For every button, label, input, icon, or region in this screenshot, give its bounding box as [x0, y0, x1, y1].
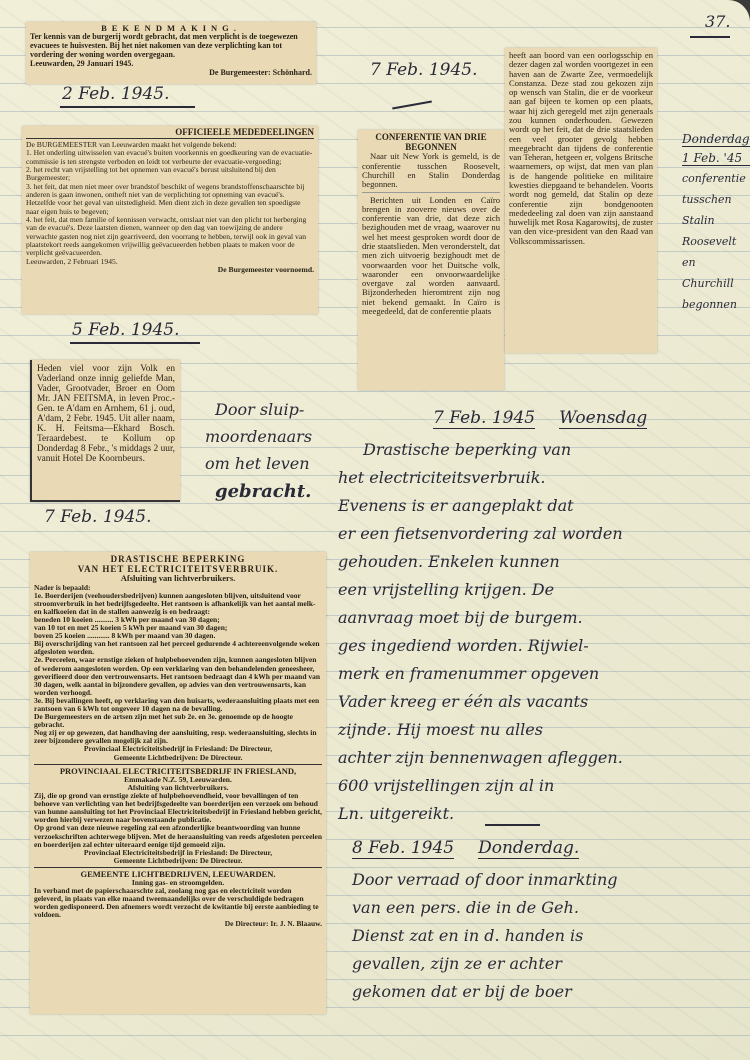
entry-line: een vrijstelling krijgen. De	[338, 576, 748, 604]
entry-line: gevallen, zijn ze er achter	[352, 950, 748, 978]
clipping-body: heeft aan boord van een oorlogsschip en …	[509, 51, 653, 246]
clipping-signature: Gemeente Lichtbedrijven: De Directeur.	[34, 754, 322, 765]
date-underline	[392, 101, 432, 109]
handwritten-date-7feb: 7 Feb. 1945.	[44, 507, 152, 527]
date-underline	[60, 106, 195, 108]
handwritten-date-7feb-top: 7 Feb. 1945.	[370, 60, 478, 80]
margin-line: Donderdag	[682, 132, 750, 147]
margin-line: tusschen	[682, 193, 750, 206]
margin-line: Roosevelt	[682, 235, 750, 248]
entry-line: gehouden. Enkelen kunnen	[338, 548, 748, 576]
clipping-body: Heden viel voor zijn Volk en Vaderland o…	[37, 364, 175, 464]
margin-line: begonnen	[682, 298, 750, 311]
entry-line: ges ingediend worden. Rijwiel-	[338, 632, 748, 660]
entry-line: Dienst zat en in d. handen is	[352, 922, 748, 950]
clipping-item: 2. het recht van vrijstelling tot het op…	[26, 166, 314, 183]
clipping-title: CONFERENTIE VAN DRIE BEGONNEN	[362, 133, 500, 152]
clipping-paragraph: Nog zij er op gewezen, dat handhaving de…	[34, 729, 322, 745]
clipping-bekendmaking: BEKENDMAKING. Ter kennis van de burgerij…	[26, 22, 316, 84]
entry-line: Vader kreeg er één als vacants	[338, 688, 748, 716]
entry-line: zijnde. Hij moest nu alles	[338, 716, 748, 744]
clipping-body: Ter kennis van de burgerij wordt gebrach…	[30, 33, 312, 59]
entry-heading: 7 Feb. 1945 Woensdag	[433, 408, 748, 436]
entry-line: merk en framenummer opgeven	[338, 660, 748, 688]
note-line: gebracht.	[215, 481, 312, 502]
entry-line: het electriciteitsverbruik.	[338, 464, 748, 492]
note-line: om het leven	[205, 454, 312, 473]
handwritten-date-5feb: 5 Feb. 1945.	[72, 320, 180, 340]
entry-date: 8 Feb. 1945	[352, 838, 454, 859]
date-underline	[70, 342, 200, 344]
margin-line: conferentie	[682, 172, 750, 185]
diary-entry-7feb: 7 Feb. 1945 Woensdag Drastische beperkin…	[338, 408, 748, 828]
entry-line: Ln. uitgereikt.	[338, 800, 748, 828]
entry-line: 600 vrijstellingen zijn al in	[338, 772, 748, 800]
clipping-paragraph: De Burgemeesters en de artsen zijn met h…	[34, 713, 322, 729]
entry-line: Drastische beperking van	[363, 436, 748, 464]
clipping-signature: De Directeur: Ir. J. N. Blaauw.	[34, 920, 322, 928]
entry-weekday: Donderdag.	[478, 838, 579, 859]
diary-entry-8feb: 8 Feb. 1945 Donderdag. Door verraad of d…	[352, 838, 748, 1006]
entry-heading: 8 Feb. 1945 Donderdag.	[352, 838, 748, 866]
note-line: moordenaars	[205, 427, 312, 446]
handwritten-note-sluipmoord: Door sluip- moordenaars om het leven geb…	[215, 400, 312, 502]
margin-line: Stalin	[682, 214, 750, 227]
clipping-paragraph: 2e. Perceelen, waar ernstige zieken of h…	[34, 656, 322, 696]
clipping-officieele-mededeelingen: OFFICIEELE MEDEDEELINGEN De BURGEMEESTER…	[22, 126, 318, 314]
clipping-title: OFFICIEELE MEDEDEELINGEN	[26, 128, 314, 139]
page-number-underline	[690, 36, 730, 38]
entry-line: gekomen dat er bij de boer	[352, 978, 748, 1006]
clipping-paragraph: 1e. Boerderijen (veehoudersbedrijven) ku…	[34, 592, 322, 616]
entry-line: van een pers. die in de Geh.	[352, 894, 748, 922]
clipping-drastische-beperking: DRASTISCHE BEPERKING VAN HET ELECTRICITE…	[30, 552, 326, 1014]
clipping-item: 1. Het onderling uitwisselen van evacué'…	[26, 149, 314, 166]
entry-line: aanvraag moet bij de burgem.	[338, 604, 748, 632]
margin-note-conferentie: Donderdag 1 Feb. '45 conferentie tussche…	[682, 132, 750, 311]
entry-lines: Drastische beperking vanhet electricitei…	[338, 436, 748, 828]
entry-date: 7 Feb. 1945	[433, 408, 535, 429]
clipping-paragraph: In verband met de papierschaarschte zal,…	[34, 887, 322, 919]
clipping-item: 4. het feit, dat men familie of kennisse…	[26, 216, 314, 258]
clipping-lead: Naar uit New York is gemeld, is de confe…	[362, 152, 500, 192]
entry-weekday: Woensdag	[559, 408, 647, 429]
entry-lines: Door verraad of door inmarktingvan een p…	[352, 866, 748, 1006]
margin-line: 1 Feb. '45	[682, 151, 750, 166]
handwritten-date-2feb: 2 Feb. 1945.	[62, 84, 170, 104]
clipping-conferentie-vervolg: heeft aan boord van een oorlogsschip en …	[505, 48, 657, 353]
clipping-body: Berichten uit Londen en Caïro brengen in…	[362, 196, 500, 317]
clipping-paragraph: 3e. Bij bevallingen heeft, op verklaring…	[34, 697, 322, 713]
entry-line: Evenens is er aangeplakt dat	[338, 492, 748, 520]
entry-line: er een fietsenvordering zal worden	[338, 520, 748, 548]
note-line: Door sluip-	[215, 400, 312, 419]
entry-line: achter zijn bennenwagen afleggen.	[338, 744, 748, 772]
margin-line: Churchill	[682, 277, 750, 290]
entry-line: Door verraad of door inmarkting	[352, 866, 748, 894]
clipping-item: 3. het feit, dat men niet meer over bran…	[26, 183, 314, 216]
page-number: 37.	[705, 12, 730, 31]
clipping-overlijdensbericht: Heden viel voor zijn Volk en Vaderland o…	[30, 360, 180, 502]
diary-page: 37. BEKENDMAKING. Ter kennis van de burg…	[0, 0, 750, 1060]
clipping-paragraph: Zij, die op grond van ernstige ziekte of…	[34, 792, 322, 824]
entry-separator	[485, 824, 540, 826]
clipping-paragraph: Op grond van deze nieuwe regeling zal ee…	[34, 824, 322, 848]
clipping-conferentie: CONFERENTIE VAN DRIE BEGONNEN Naar uit N…	[358, 130, 504, 390]
clipping-signature: Gemeente Lichtbedrijven: De Directeur.	[34, 857, 322, 868]
clipping-paragraph: Bij overschrijding van het rantsoen zal …	[34, 640, 322, 656]
clipping-signature: De Burgemeester: Schönhard.	[30, 69, 312, 78]
margin-line: en	[682, 256, 750, 269]
clipping-signature: De Burgemeester voornoemd.	[26, 266, 314, 274]
